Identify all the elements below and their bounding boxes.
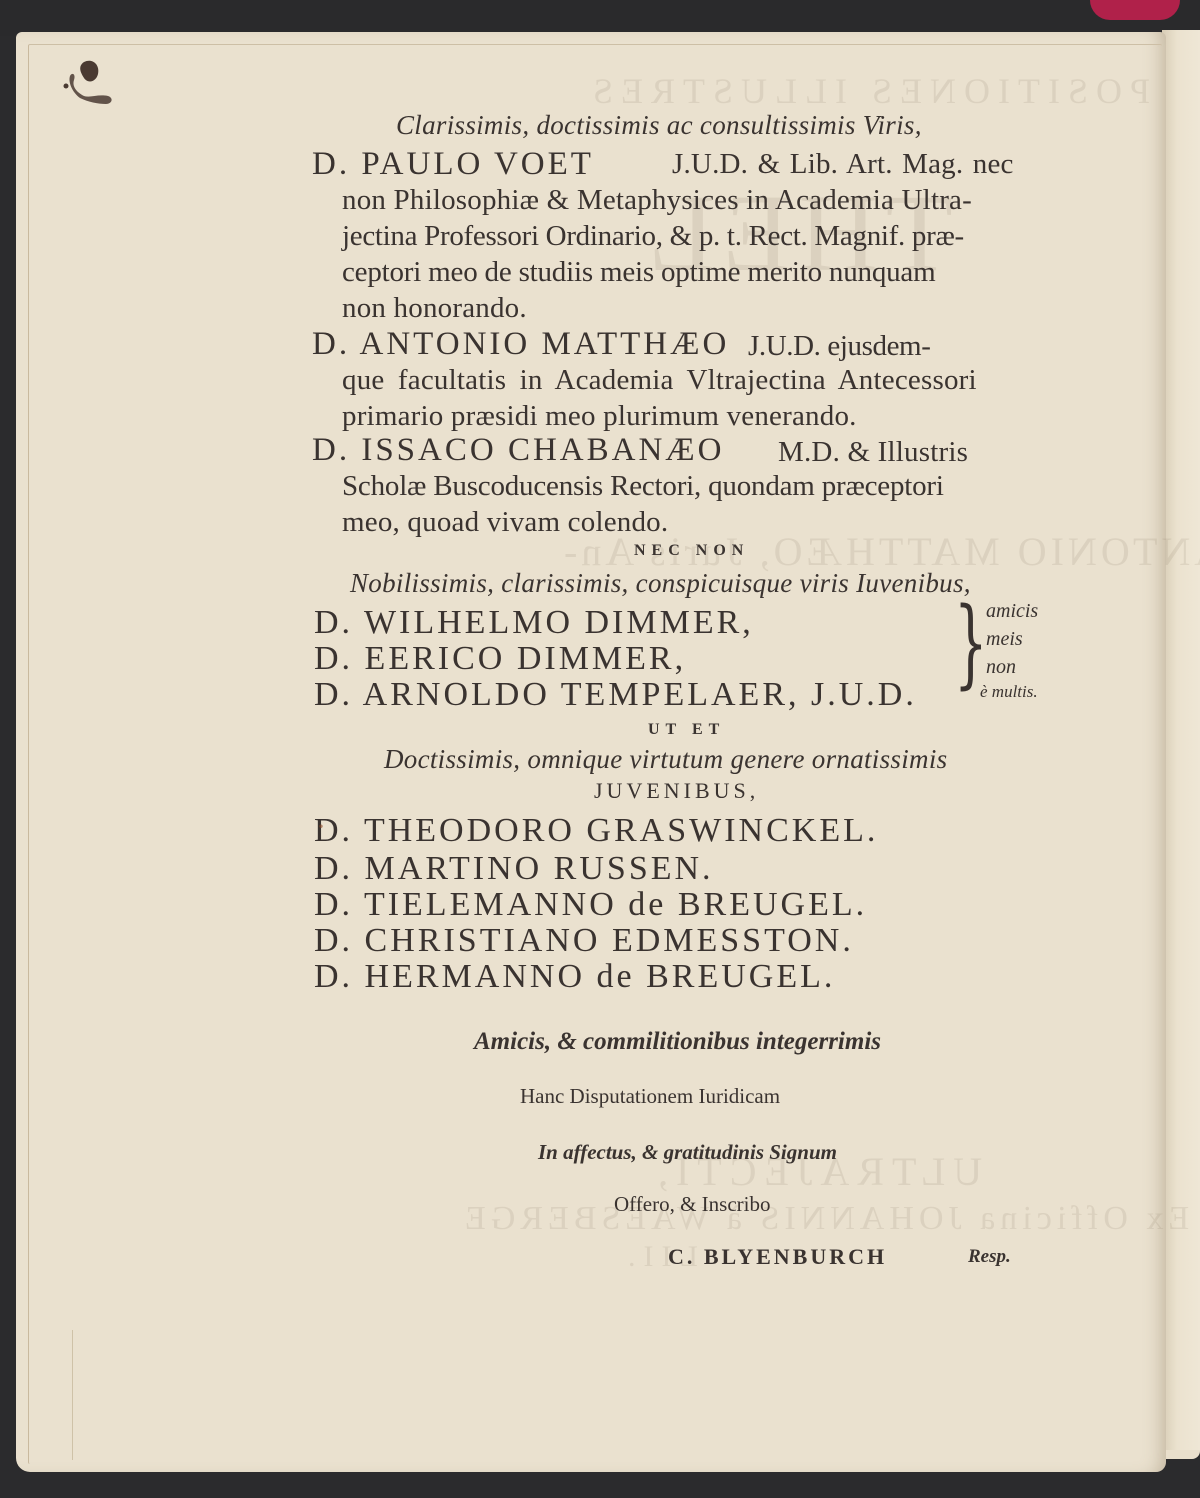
honoree-name: D. TIELEMANNO de BREUGEL. bbox=[314, 886, 867, 924]
honoree-title: J.U.D. & Lib. Art. Mag. nec bbox=[672, 148, 1014, 181]
folded-edge bbox=[72, 1330, 76, 1460]
honoree-name: D. ARNOLDO TEMPELAER, J.U.D. bbox=[314, 676, 917, 714]
honoree-text: que facultatis in Academia Vltrajectina … bbox=[342, 364, 977, 397]
honoree-text: Scholæ Buscoducensis Rectori, quondam pr… bbox=[342, 470, 944, 503]
honoree-title: J.U.D. ejusdem- bbox=[748, 330, 930, 363]
section-divider: UT ET bbox=[648, 721, 725, 739]
signature-name: C. BLYENBURCH bbox=[668, 1244, 887, 1270]
honoree-name: D. EERICO DIMMER, bbox=[314, 640, 686, 678]
closing-line: In affectus, & gratitudinis Signum bbox=[538, 1140, 837, 1165]
closing-line: Offero, & Inscribo bbox=[614, 1192, 771, 1217]
side-note: è multis. bbox=[980, 682, 1038, 702]
closing-line: Hanc Disputationem Iuridicam bbox=[520, 1084, 780, 1109]
honoree-text: ceptori meo de studiis meis optime merit… bbox=[342, 256, 935, 289]
honoree-text: primario præsidi meo plurimum venerando. bbox=[342, 400, 857, 433]
closing-line: Amicis, & commilitionibus integerrimis bbox=[474, 1028, 881, 1056]
side-note: amicis bbox=[986, 600, 1038, 623]
honoree-name: D. MARTINO RUSSEN. bbox=[314, 850, 714, 888]
honoree-name: D. CHRISTIANO EDMESSTON. bbox=[314, 922, 854, 960]
bleed-through-text: POSITIONES ILLUSTRES bbox=[585, 70, 1150, 112]
section-header: Nobilissimis, clarissimis, conspicuisque… bbox=[350, 568, 971, 599]
dedication-header: Clarissimis, doctissimis ac consultissim… bbox=[396, 110, 922, 141]
section-divider: NEC NON bbox=[634, 542, 749, 560]
honoree-text: non Philosophiæ & Metaphysices in Academ… bbox=[342, 184, 972, 217]
side-note: meis bbox=[986, 628, 1023, 651]
honoree-name: D. PAULO VOET bbox=[312, 146, 594, 183]
honoree-text: non honorando. bbox=[342, 292, 527, 325]
bleed-through-text: Ex Officina JOHANNIS à WAESBERGE bbox=[460, 1200, 1189, 1238]
bookmark-ribbon bbox=[1090, 0, 1180, 20]
honoree-text: jectina Professori Ordinario, & p. t. Re… bbox=[342, 220, 964, 253]
section-header: JUVENIBUS, bbox=[594, 778, 759, 804]
backdrop bbox=[0, 0, 1200, 36]
honoree-text: meo, quoad vivam colendo. bbox=[342, 506, 668, 539]
grouping-brace: } bbox=[954, 595, 988, 691]
honoree-name: D. ISSACO CHABANÆO bbox=[312, 432, 724, 469]
honoree-name: D. HERMANNO de BREUGEL. bbox=[314, 958, 835, 996]
section-header: Doctissimis, omnique virtutum genere orn… bbox=[384, 744, 947, 775]
side-note: non bbox=[986, 656, 1016, 679]
signature-role: Resp. bbox=[968, 1246, 1011, 1268]
honoree-name: D. ANTONIO MATTHÆO bbox=[312, 326, 729, 363]
honoree-title: M.D. & Illustris bbox=[778, 436, 968, 469]
rust-stain: · bbox=[316, 810, 326, 844]
ink-blot-icon bbox=[62, 58, 126, 114]
honoree-name: D. WILHELMO DIMMER, bbox=[314, 604, 754, 642]
honoree-name: D. THEODORO GRASWINCKEL. bbox=[314, 812, 878, 850]
